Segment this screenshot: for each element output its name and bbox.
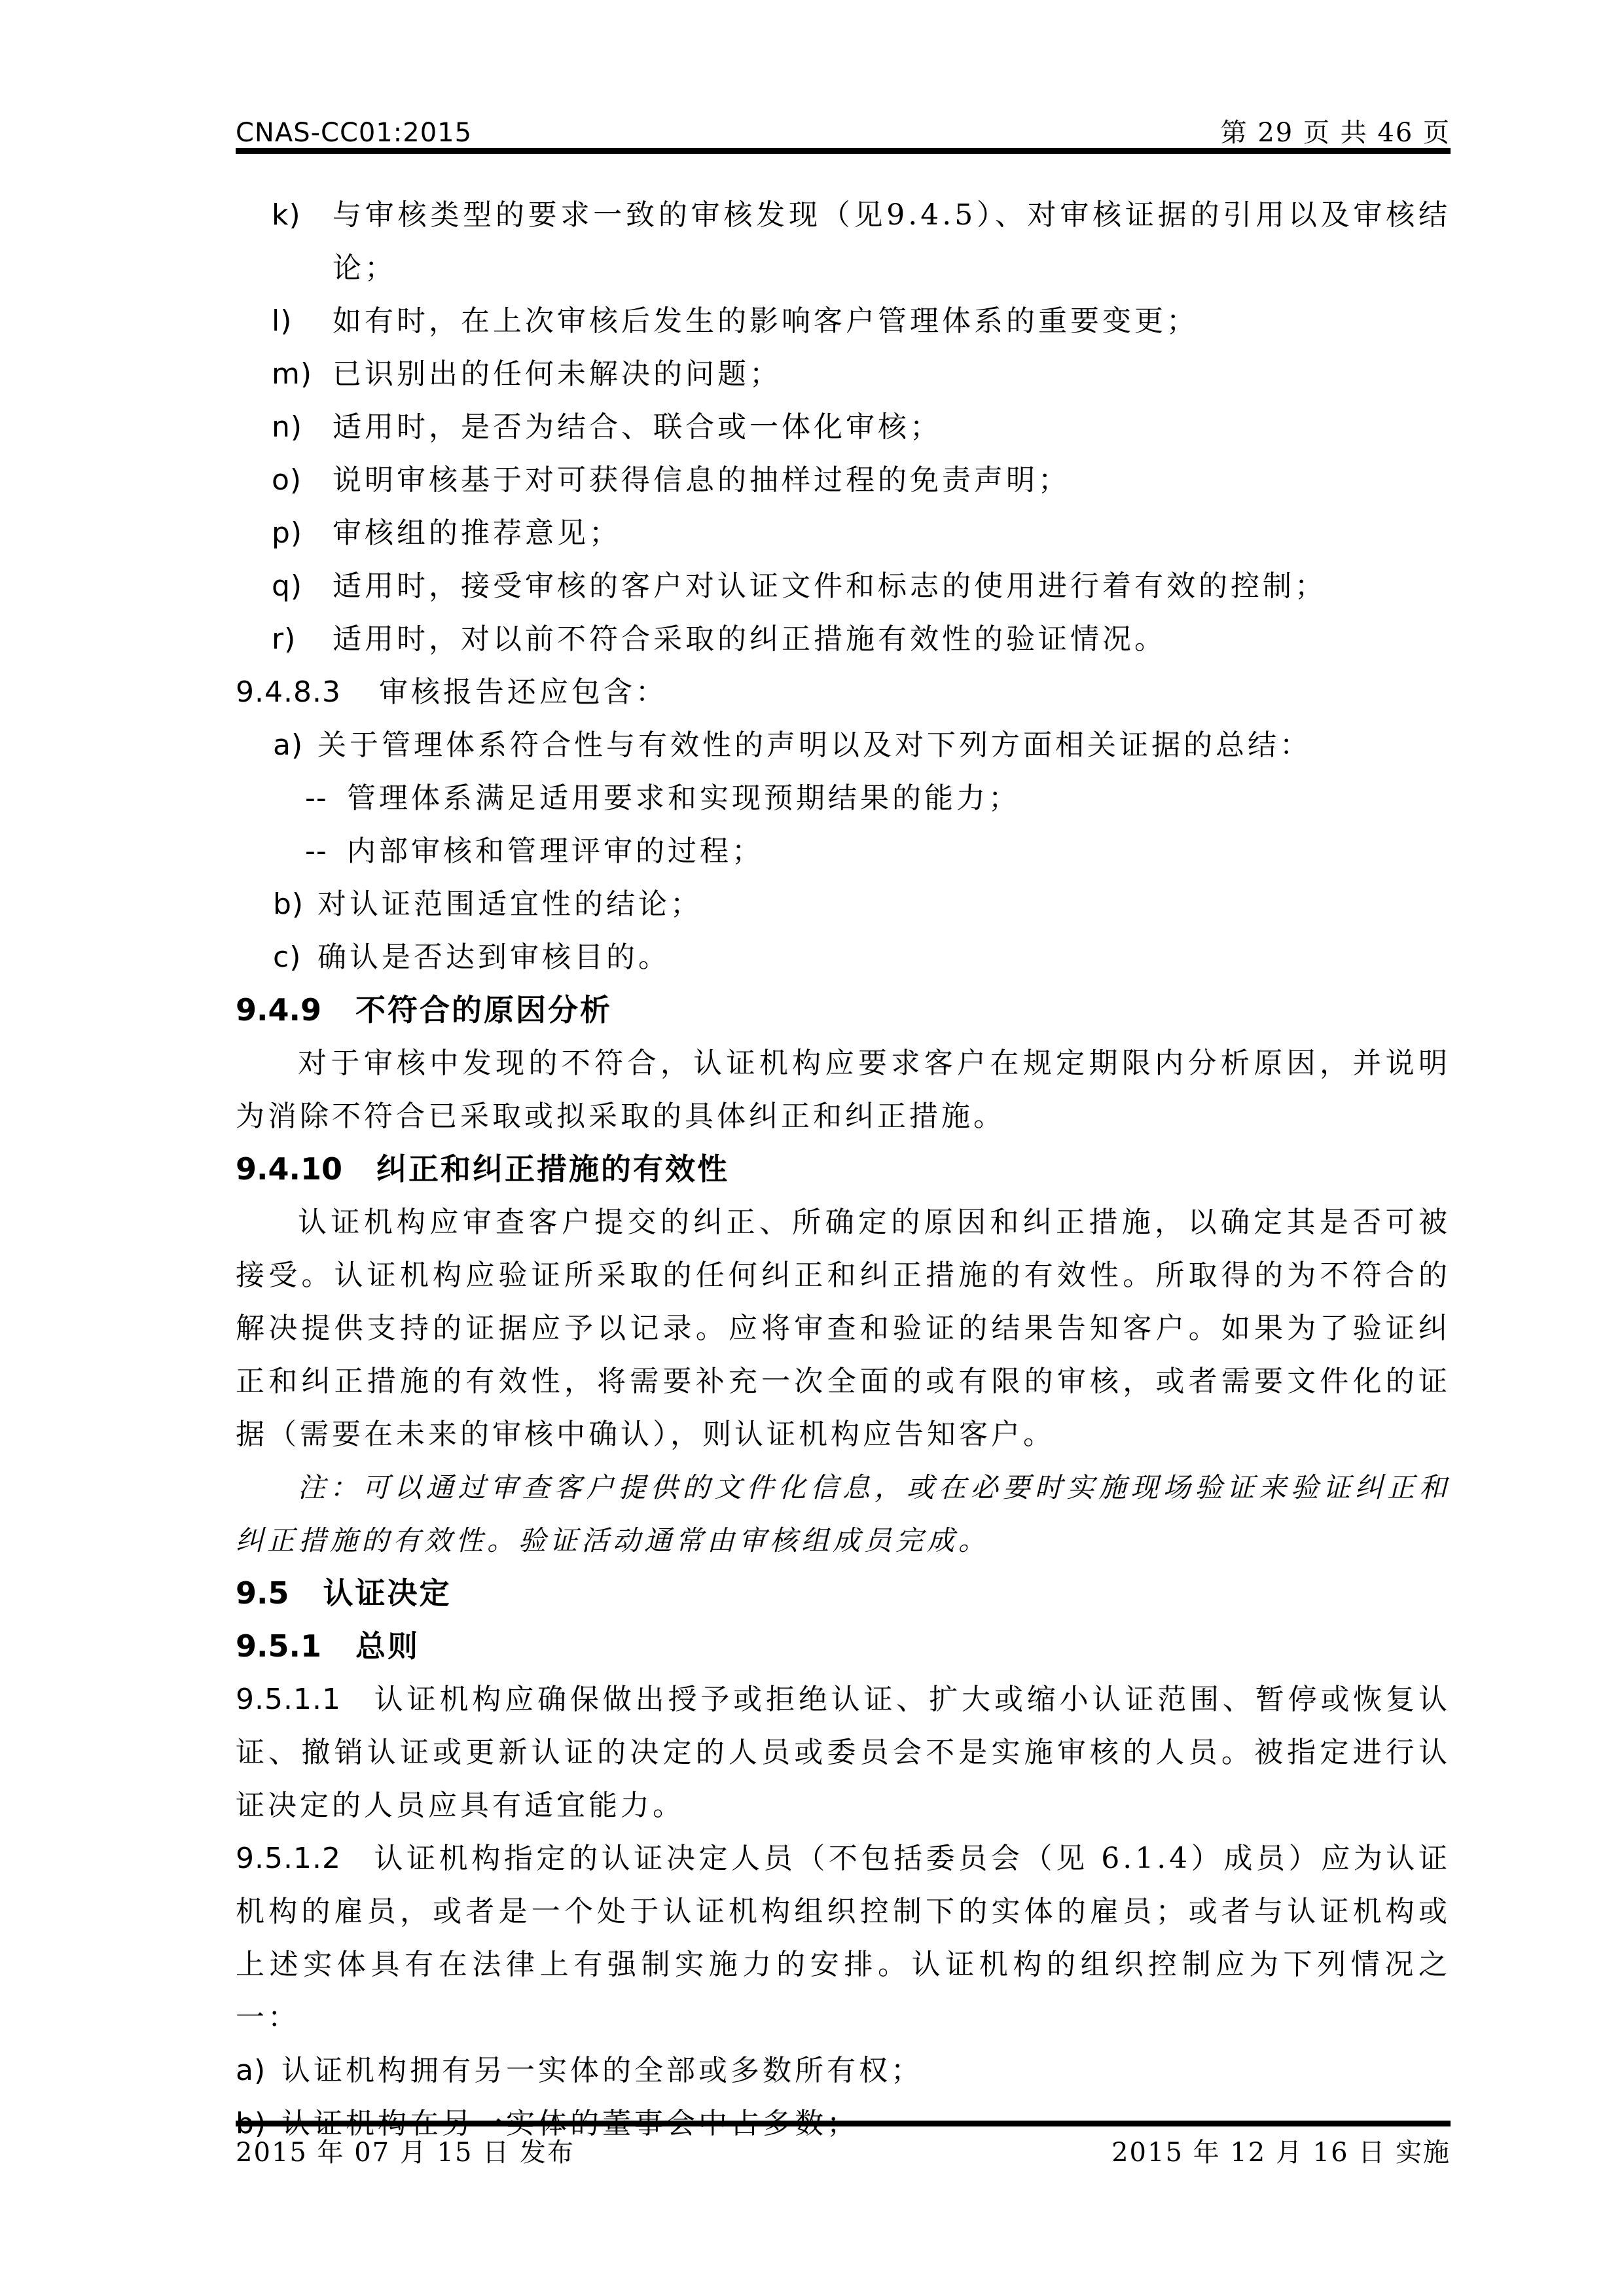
clause-text: 认证机构应确保做出授予或拒绝认证、扩大或缩小认证范围、暂停或恢复认证、撤销认证或… — [236, 1683, 1451, 1822]
document-page: CNAS-CC01:2015 第 29 页 共 46 页 k) 与审核类型的要求… — [0, 0, 1624, 2296]
list-marker: l) — [272, 295, 333, 348]
clause-text: 审核报告还应包含： — [379, 675, 668, 709]
clause-number: 9.5.1.1 — [236, 1673, 341, 1726]
list-item: b) 对认证范围适宜性的结论； — [236, 878, 1451, 931]
paragraph: 认证机构应审查客户提交的纠正、所确定的原因和纠正措施，以确定其是否可被接受。认证… — [236, 1196, 1451, 1461]
document-body: k) 与审核类型的要求一致的审核发现（见9.4.5）、对审核证据的引用以及审核结… — [236, 188, 1451, 2150]
lettered-list-a-c: b) 对认证范围适宜性的结论； c) 确认是否达到审核目的。 — [236, 878, 1451, 984]
page-number-info: 第 29 页 共 46 页 — [1221, 117, 1451, 149]
list-item: p) 审核组的推荐意见； — [236, 507, 1451, 560]
list-item-text: 认证机构拥有另一实体的全部或多数所有权； — [281, 2044, 1451, 2097]
list-marker: q) — [272, 560, 333, 613]
list-marker: a) — [273, 719, 317, 772]
list-marker: b) — [273, 878, 317, 931]
list-item-text: 管理体系满足适用要求和实现预期结果的能力； — [347, 772, 1451, 825]
list-item-text: 说明审核基于对可获得信息的抽样过程的免责声明； — [333, 454, 1451, 507]
list-item-text: 适用时，接受审核的客户对认证文件和标志的使用进行着有效的控制； — [333, 560, 1451, 613]
clause-9.4.8.3: 9.4.8.3审核报告还应包含： — [236, 666, 1451, 719]
clause-text: 认证机构指定的认证决定人员（不包括委员会（见 6.1.4）成员）应为认证机构的雇… — [236, 1842, 1451, 2034]
lettered-list-k-r: k) 与审核类型的要求一致的审核发现（见9.4.5）、对审核证据的引用以及审核结… — [236, 188, 1451, 666]
list-item-text: 对认证范围适宜性的结论； — [317, 878, 1451, 931]
list-item-text: 确认是否达到审核目的。 — [317, 931, 1451, 984]
footer-rule — [236, 2121, 1451, 2126]
list-item: m) 已识别出的任何未解决的问题； — [236, 348, 1451, 401]
list-item: l) 如有时，在上次审核后发生的影响客户管理体系的重要变更； — [236, 295, 1451, 348]
list-item-text: 内部审核和管理评审的过程； — [347, 825, 1451, 878]
list-marker: o) — [272, 454, 333, 507]
doc-code: CNAS-CC01:2015 — [236, 117, 472, 149]
list-item: -- 内部审核和管理评审的过程； — [236, 825, 1451, 878]
heading-title: 总则 — [355, 1628, 420, 1664]
list-item: a) 认证机构拥有另一实体的全部或多数所有权； — [236, 2044, 1451, 2097]
heading-number: 9.5 — [236, 1567, 289, 1620]
list-item-text: 适用时，对以前不符合采取的纠正措施有效性的验证情况。 — [333, 613, 1451, 666]
clause-number: 9.4.8.3 — [236, 666, 341, 719]
heading-title: 不符合的原因分析 — [355, 992, 612, 1028]
release-date: 2015 年 07 月 15 日 发布 — [236, 2135, 575, 2170]
list-marker: a) — [236, 2044, 281, 2097]
heading-number: 9.4.10 — [236, 1143, 342, 1196]
list-item-text: 适用时，是否为结合、联合或一体化审核； — [333, 401, 1451, 454]
clause-number: 9.5.1.2 — [236, 1832, 341, 1885]
list-item: o) 说明审核基于对可获得信息的抽样过程的免责声明； — [236, 454, 1451, 507]
list-item: k) 与审核类型的要求一致的审核发现（见9.4.5）、对审核证据的引用以及审核结… — [236, 188, 1451, 295]
lettered-list-a-c: a) 关于管理体系符合性与有效性的声明以及对下列方面相关证据的总结： — [236, 719, 1451, 772]
section-heading-9.4.9: 9.4.9不符合的原因分析 — [236, 984, 1451, 1037]
clause-paragraph-9.5.1.2: 9.5.1.2认证机构指定的认证决定人员（不包括委员会（见 6.1.4）成员）应… — [236, 1832, 1451, 2044]
list-item: n) 适用时，是否为结合、联合或一体化审核； — [236, 401, 1451, 454]
page-footer: 2015 年 07 月 15 日 发布 2015 年 12 月 16 日 实施 — [236, 2135, 1451, 2170]
list-item: -- 管理体系满足适用要求和实现预期结果的能力； — [236, 772, 1451, 825]
list-item-text: 审核组的推荐意见； — [333, 507, 1451, 560]
list-item-text: 已识别出的任何未解决的问题； — [333, 348, 1451, 401]
list-marker: r) — [272, 613, 333, 666]
clause-paragraph-9.5.1.1: 9.5.1.1认证机构应确保做出授予或拒绝认证、扩大或缩小认证范围、暂停或恢复认… — [236, 1673, 1451, 1832]
list-marker: m) — [272, 348, 333, 401]
dash-marker: -- — [305, 825, 347, 878]
list-item-text: 关于管理体系符合性与有效性的声明以及对下列方面相关证据的总结： — [317, 719, 1451, 772]
dash-marker: -- — [305, 772, 347, 825]
list-marker: p) — [272, 507, 333, 560]
heading-title: 纠正和纠正措施的有效性 — [376, 1151, 729, 1187]
list-item: r) 适用时，对以前不符合采取的纠正措施有效性的验证情况。 — [236, 613, 1451, 666]
lettered-list-a-b: a) 认证机构拥有另一实体的全部或多数所有权； b) 认证机构在另一实体的董事会… — [236, 2044, 1451, 2150]
section-heading-9.5.1: 9.5.1总则 — [236, 1620, 1451, 1673]
list-item: q) 适用时，接受审核的客户对认证文件和标志的使用进行着有效的控制； — [236, 560, 1451, 613]
dash-sublist: -- 管理体系满足适用要求和实现预期结果的能力； -- 内部审核和管理评审的过程… — [236, 772, 1451, 878]
list-item-text: 与审核类型的要求一致的审核发现（见9.4.5）、对审核证据的引用以及审核结论； — [333, 188, 1451, 295]
section-heading-9.5: 9.5认证决定 — [236, 1567, 1451, 1620]
heading-title: 认证决定 — [323, 1575, 452, 1611]
header-rule — [236, 148, 1451, 154]
list-marker: c) — [273, 931, 317, 984]
section-heading-9.4.10: 9.4.10纠正和纠正措施的有效性 — [236, 1143, 1451, 1196]
paragraph: 对于审核中发现的不符合，认证机构应要求客户在规定期限内分析原因，并说明为消除不符… — [236, 1037, 1451, 1143]
list-item: a) 关于管理体系符合性与有效性的声明以及对下列方面相关证据的总结： — [236, 719, 1451, 772]
implementation-date: 2015 年 12 月 16 日 实施 — [1111, 2135, 1451, 2170]
list-marker: k) — [272, 188, 333, 295]
list-item-text: 如有时，在上次审核后发生的影响客户管理体系的重要变更； — [333, 295, 1451, 348]
page-header: CNAS-CC01:2015 第 29 页 共 46 页 — [236, 117, 1451, 149]
note-paragraph: 注：可以通过审查客户提供的文件化信息，或在必要时实施现场验证来验证纠正和纠正措施… — [236, 1461, 1451, 1567]
list-item: c) 确认是否达到审核目的。 — [236, 931, 1451, 984]
list-marker: n) — [272, 401, 333, 454]
heading-number: 9.4.9 — [236, 984, 321, 1037]
heading-number: 9.5.1 — [236, 1620, 321, 1673]
